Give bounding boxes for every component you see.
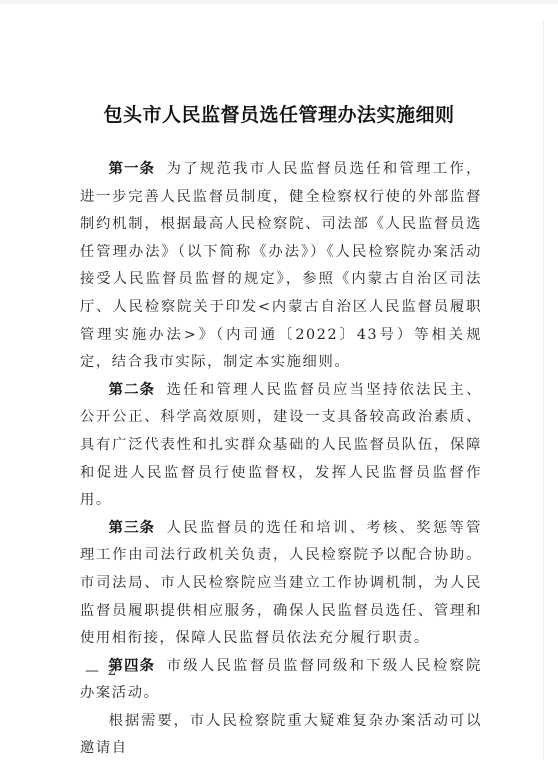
document-title: 包头市人民监督员选任管理办法实施细则	[0, 100, 558, 127]
article-text: 为了规范我市人民监督员选任和管理工作，进一步完善人民监督员制度，健全检察权行使的…	[80, 161, 482, 370]
article-3: 第三条人民监督员的选任和培训、考核、奖惩等管理工作由司法行政机关负责，人民检察院…	[80, 515, 482, 653]
scan-side-edge	[543, 20, 544, 760]
article-label: 第三条	[109, 520, 156, 536]
article-4-continuation: 根据需要，市人民检察院重大疑难复杂办案活动可以邀请自	[80, 708, 482, 763]
scan-top-edge	[0, 0, 558, 4]
article-label: 第二条	[109, 382, 156, 398]
article-text: 人民监督员的选任和培训、考核、奖惩等管理工作由司法行政机关负责，人民检察院予以配…	[80, 520, 482, 646]
article-1: 第一条为了规范我市人民监督员选任和管理工作，进一步完善人民监督员制度，健全检察权…	[80, 156, 482, 377]
article-text: 选任和管理人民监督员应当坚持依法民主、公开公正、科学高效原则，建设一支具备较高政…	[80, 382, 482, 508]
page-number: — 2 —	[85, 663, 141, 679]
article-label: 第一条	[109, 161, 156, 177]
article-2: 第二条选任和管理人民监督员应当坚持依法民主、公开公正、科学高效原则，建设一支具备…	[80, 377, 482, 515]
paragraph-text: 根据需要，市人民检察院重大疑难复杂办案活动可以邀请自	[80, 713, 482, 757]
article-4: 第四条市级人民监督员监督同级和下级人民检察院办案活动。	[80, 653, 482, 708]
